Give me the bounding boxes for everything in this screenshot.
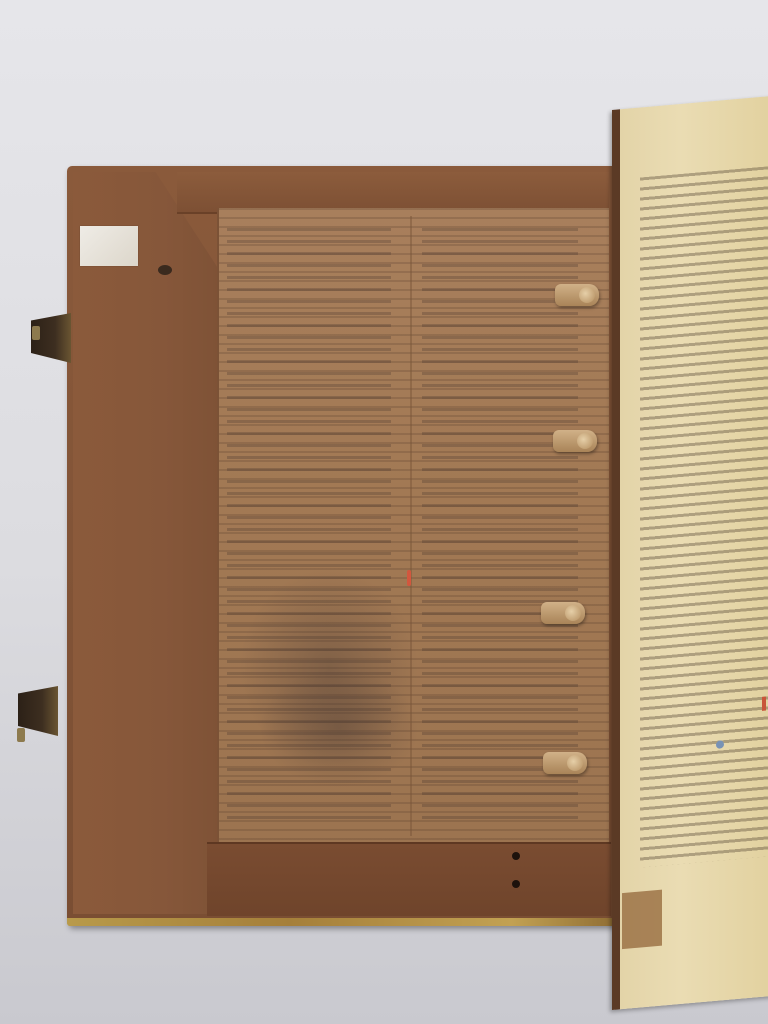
clasp-tab (541, 602, 585, 624)
nail-hole (158, 265, 172, 275)
manuscript-pastedown (217, 208, 609, 844)
board-edge (67, 918, 623, 926)
front-board (67, 166, 623, 926)
paper-label (80, 226, 138, 266)
red-rubric (762, 697, 766, 711)
nail-hole (512, 852, 520, 860)
stain (259, 668, 419, 788)
clasp-tab (553, 430, 597, 452)
photo-scene: Open book showing inside of front cover … (0, 0, 768, 1024)
first-leaf (612, 95, 768, 1010)
leather-turn-in-bottom (207, 842, 611, 916)
red-rubric-mark (407, 570, 411, 586)
clasp-tab (555, 284, 599, 306)
clasp-pin (17, 728, 25, 742)
clasp-tab (543, 752, 587, 774)
text-column-right (422, 228, 578, 824)
clasp-pin (32, 326, 40, 340)
leather-turn-in-left (73, 172, 223, 914)
leaf-text (640, 166, 768, 868)
leaf-stain (622, 890, 662, 949)
nail-hole (512, 880, 520, 888)
